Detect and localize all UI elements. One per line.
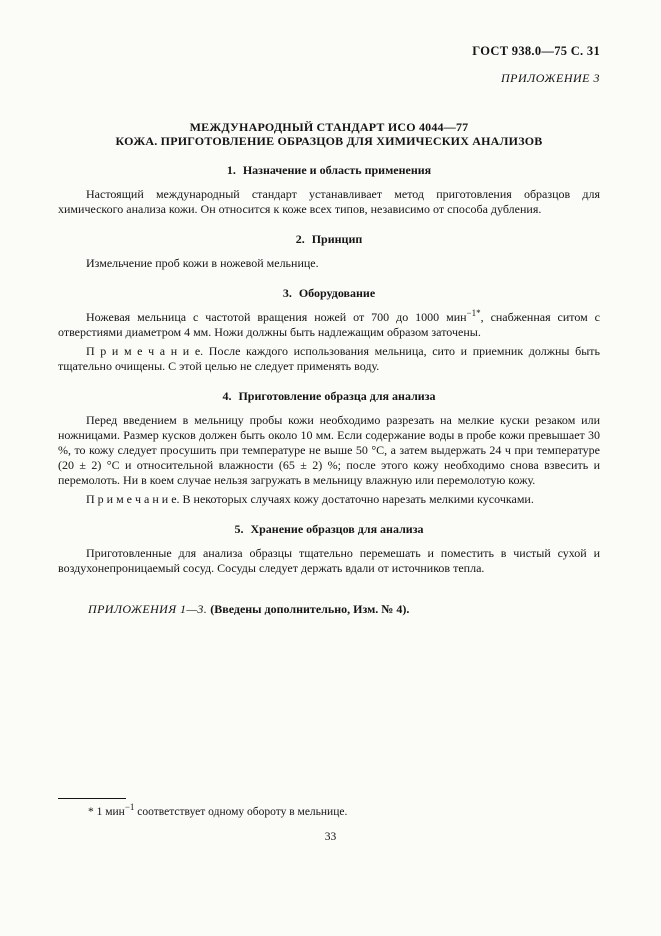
- appendices-note-italic: ПРИЛОЖЕНИЯ 1—3.: [88, 602, 207, 616]
- section-2-paragraph: Измельчение проб кожи в ножевой мельнице…: [58, 256, 600, 271]
- section-5-number: 5.: [234, 522, 243, 536]
- appendices-note-bold: (Введены дополнительно, Изм. № 4).: [210, 602, 409, 616]
- section-3-paragraph-pre: Ножевая мельница с частотой вращения нож…: [86, 310, 467, 324]
- section-3-heading-text: Оборудование: [299, 286, 375, 300]
- section-4-note: П р и м е ч а н и е. В некоторых случаях…: [58, 492, 600, 507]
- footnote-superscript: −1: [125, 802, 135, 812]
- document-page: ГОСТ 938.0—75 С. 31 ПРИЛОЖЕНИЕ 3 МЕЖДУНА…: [0, 0, 661, 936]
- section-5-heading: 5.Хранение образцов для анализа: [58, 522, 600, 537]
- section-2-number: 2.: [296, 232, 305, 246]
- section-2-heading: 2.Принцип: [58, 232, 600, 247]
- document-title-line1: МЕЖДУНАРОДНЫЙ СТАНДАРТ ИСО 4044—77: [58, 120, 600, 134]
- section-4-heading-text: Приготовление образца для анализа: [238, 389, 435, 403]
- section-3-superscript: −1*: [467, 308, 481, 318]
- section-4-heading: 4.Приготовление образца для анализа: [58, 389, 600, 404]
- annex-label: ПРИЛОЖЕНИЕ 3: [58, 71, 600, 86]
- document-title: МЕЖДУНАРОДНЫЙ СТАНДАРТ ИСО 4044—77 КОЖА.…: [58, 120, 600, 148]
- footnote-block: * 1 мин−1 соответствует одному обороту в…: [58, 798, 600, 820]
- section-1-heading: 1.Назначение и область применения: [58, 163, 600, 178]
- section-4-number: 4.: [222, 389, 231, 403]
- section-5-heading-text: Хранение образцов для анализа: [250, 522, 423, 536]
- section-3-heading: 3.Оборудование: [58, 286, 600, 301]
- footnote-text-post: соответствует одному обороту в мельнице.: [134, 806, 347, 818]
- doc-reference-header: ГОСТ 938.0—75 С. 31: [58, 44, 600, 59]
- section-1-heading-text: Назначение и область применения: [243, 163, 431, 177]
- page-number: 33: [0, 830, 661, 845]
- section-3-paragraph: Ножевая мельница с частотой вращения нож…: [58, 310, 600, 340]
- section-5-paragraph: Приготовленные для анализа образцы тщате…: [58, 546, 600, 576]
- section-1-number: 1.: [227, 163, 236, 177]
- section-3-number: 3.: [283, 286, 292, 300]
- appendices-note: ПРИЛОЖЕНИЯ 1—3. (Введены дополнительно, …: [58, 602, 600, 617]
- document-title-line2: КОЖА. ПРИГОТОВЛЕНИЕ ОБРАЗЦОВ ДЛЯ ХИМИЧЕС…: [58, 134, 600, 148]
- section-3-note: П р и м е ч а н и е. После каждого испол…: [58, 344, 600, 374]
- section-1-paragraph: Настоящий международный стандарт устанав…: [58, 187, 600, 217]
- footnote-text: * 1 мин−1 соответствует одному обороту в…: [58, 805, 600, 820]
- section-2-heading-text: Принцип: [312, 232, 363, 246]
- footnote-divider: [58, 798, 126, 799]
- footnote-text-pre: * 1 мин: [88, 806, 125, 818]
- section-4-paragraph: Перед введением в мельницу пробы кожи не…: [58, 413, 600, 488]
